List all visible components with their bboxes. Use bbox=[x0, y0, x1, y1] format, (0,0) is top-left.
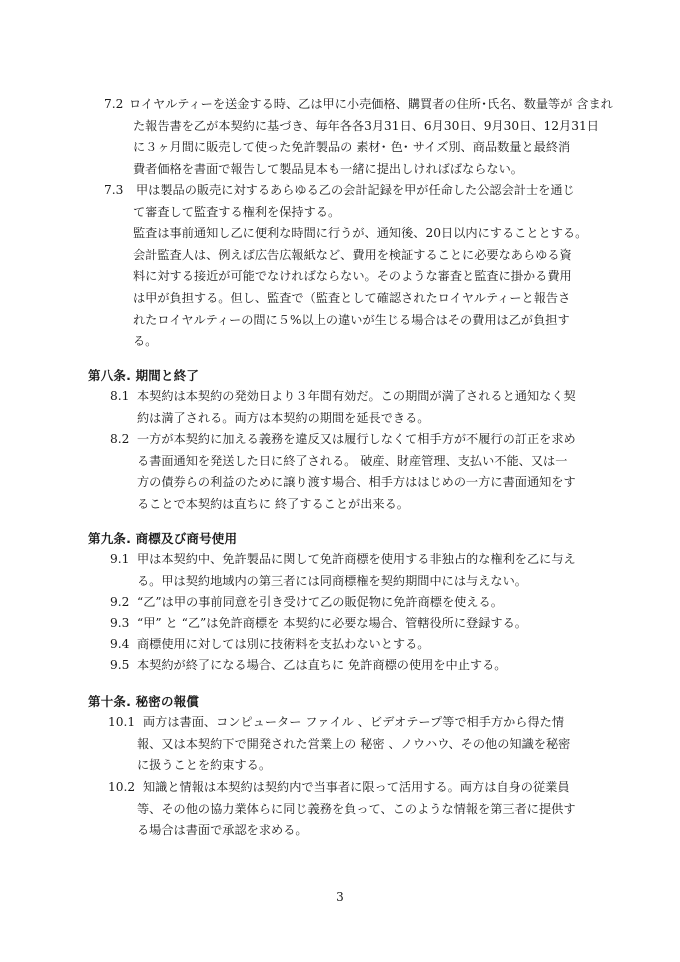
clause-10-1: 10.1 両方は書面、コンピューター ファイル 、ビデオテープ等で相手方から得た… bbox=[143, 712, 570, 777]
clause-line: 甲は本契約中、免許製品に関して免許商標を使用する非独占的な権利を乙に与え bbox=[137, 549, 576, 571]
document-page: 7.2 ロイヤルティーを送金する時、乙は甲に小売価格、購買者の住所･氏名、数量等… bbox=[0, 0, 680, 962]
clause-line: る。甲は契約地域内の第三者には同商標権を契約期間中には与えない。 bbox=[137, 571, 576, 593]
clause-line: ロイヤルティーを送金する時、乙は甲に小売価格、購買者の住所･氏名、数量等が 含ま… bbox=[129, 94, 613, 116]
clause-number: 7.3 bbox=[104, 180, 123, 202]
clause-line: 本契約は本契約の発効日より３年間有効だ。この期間が満了されると通知なく契 bbox=[137, 386, 576, 408]
clause-line: 商標使用に対しては別に技術料を支払わないとする。 bbox=[137, 634, 430, 656]
clause-8-2: 8.2 一方が本契約に加える義務を違反又は履行しなくて相手方が不履行の訂正を求め… bbox=[137, 429, 576, 515]
clause-line: “乙”は甲の事前同意を引き受けて乙の販促物に免許商標を使える。 bbox=[137, 592, 503, 614]
clause-9-3: 9.3 “甲” と “乙”は免許商標を 本契約に必要な場合、管轄役所に登録する。 bbox=[137, 613, 527, 635]
clause-9-4: 9.4 商標使用に対しては別に技術料を支払わないとする。 bbox=[137, 634, 430, 656]
clause-7-3: 7.3 甲は製品の販売に対するあらゆる乙の会計記録を甲が任命した公認会計士を通じ… bbox=[133, 180, 587, 353]
clause-9-1: 9.1 甲は本契約中、免許製品に関して免許商標を使用する非独占的な権利を乙に与え… bbox=[137, 549, 576, 592]
clause-number: 9.5 bbox=[110, 655, 129, 677]
clause-number: 9.3 bbox=[110, 613, 129, 635]
section-heading-article-8: 第八条. 期間と終了 bbox=[88, 368, 199, 384]
clause-9-5: 9.5 本契約が終了になる場合、乙は直ちに 免許商標の使用を中止する。 bbox=[137, 655, 507, 677]
page-number: 3 bbox=[0, 890, 680, 904]
clause-line: た報告書を乙が本契約に基づき、毎年各各3月31日、6月30日、9月30日、12月… bbox=[133, 116, 613, 138]
clause-line: 料に対する接近が可能でなければならない。そのような審査と監査に掛かる費用 bbox=[133, 266, 587, 288]
clause-line: 監査は事前通知し乙に便利な時間に行うが、通知後、20日以内にすることとする。 bbox=[133, 223, 587, 245]
clause-line: 会計監査人は、例えば広告広報紙など、費用を検証することに必要なあらゆる資 bbox=[133, 245, 587, 267]
clause-line: 本契約が終了になる場合、乙は直ちに 免許商標の使用を中止する。 bbox=[137, 655, 507, 677]
clause-line: に３ヶ月間に販売して使った免許製品の 素材･ 色･ サイズ別、商品数量と最終消 bbox=[133, 137, 613, 159]
clause-line: 一方が本契約に加える義務を違反又は履行しなくて相手方が不履行の訂正を求め bbox=[137, 429, 576, 451]
clause-number: 9.1 bbox=[110, 549, 129, 571]
clause-line: て審査して監査する権利を保持する。 bbox=[133, 202, 587, 224]
clause-number: 8.2 bbox=[110, 429, 129, 451]
clause-line: は甲が負担する。但し、監査で（監査として確認されたロイヤルティーと報告さ bbox=[133, 288, 587, 310]
section-heading-article-10: 第十条. 秘密の報償 bbox=[88, 694, 199, 710]
clause-number: 8.1 bbox=[110, 386, 129, 408]
clause-line: る。 bbox=[133, 331, 587, 353]
clause-line: れたロイヤルティーの間に５%以上の違いが生じる場合はその費用は乙が負担す bbox=[133, 310, 587, 332]
clause-line: る書面通知を発送した日に終了される。 破産、財産管理、支払い不能、又は一 bbox=[137, 451, 576, 473]
clause-9-2: 9.2 “乙”は甲の事前同意を引き受けて乙の販促物に免許商標を使える。 bbox=[137, 592, 503, 614]
clause-line: 約は満了される。両方は本契約の期間を延長できる。 bbox=[137, 408, 576, 430]
clause-7-2: 7.2 ロイヤルティーを送金する時、乙は甲に小売価格、購買者の住所･氏名、数量等… bbox=[133, 94, 613, 180]
clause-line: 方の債券らの利益のために譲り渡す場合、相手方ははじめの一方に書面通知をす bbox=[137, 472, 576, 494]
clause-number: 7.2 bbox=[104, 94, 123, 116]
clause-line: 報、又は本契約下で開発された営業上の 秘密 、ノウハウ、その他の知識を秘密 bbox=[137, 734, 570, 756]
clause-number: 9.4 bbox=[110, 634, 129, 656]
section-heading-article-9: 第九条. 商標及び商号使用 bbox=[88, 531, 237, 547]
clause-number: 10.2 bbox=[108, 777, 135, 799]
clause-8-1: 8.1 本契約は本契約の発効日より３年間有効だ。この期間が満了されると通知なく契… bbox=[137, 386, 576, 429]
clause-10-2: 10.2 知識と情報は本契約は契約内で当事者に限って活用する。両方は自身の従業員… bbox=[143, 777, 576, 842]
clause-number: 10.1 bbox=[108, 712, 135, 734]
clause-line: る場合は書面で承認を求める。 bbox=[137, 820, 576, 842]
clause-line: ることで本契約は直ちに 終了することが出来る。 bbox=[137, 494, 576, 516]
clause-line: 甲は製品の販売に対するあらゆる乙の会計記録を甲が任命した公認会計士を通じ bbox=[136, 180, 587, 202]
clause-line: “甲” と “乙”は免許商標を 本契約に必要な場合、管轄役所に登録する。 bbox=[137, 613, 527, 635]
clause-line: 両方は書面、コンピューター ファイル 、ビデオテープ等で相手方から得た情 bbox=[143, 712, 570, 734]
clause-line: 知識と情報は本契約は契約内で当事者に限って活用する。両方は自身の従業員 bbox=[143, 777, 576, 799]
clause-line: 等、その他の協力業体らに同じ義務を負って、このような情報を第三者に提供す bbox=[137, 799, 576, 821]
clause-line: 費者価格を書面で報告して製品見本も一緒に提出しければばならない。 bbox=[133, 159, 613, 181]
clause-line: に扱うことを約束する。 bbox=[137, 755, 570, 777]
clause-number: 9.2 bbox=[110, 592, 129, 614]
